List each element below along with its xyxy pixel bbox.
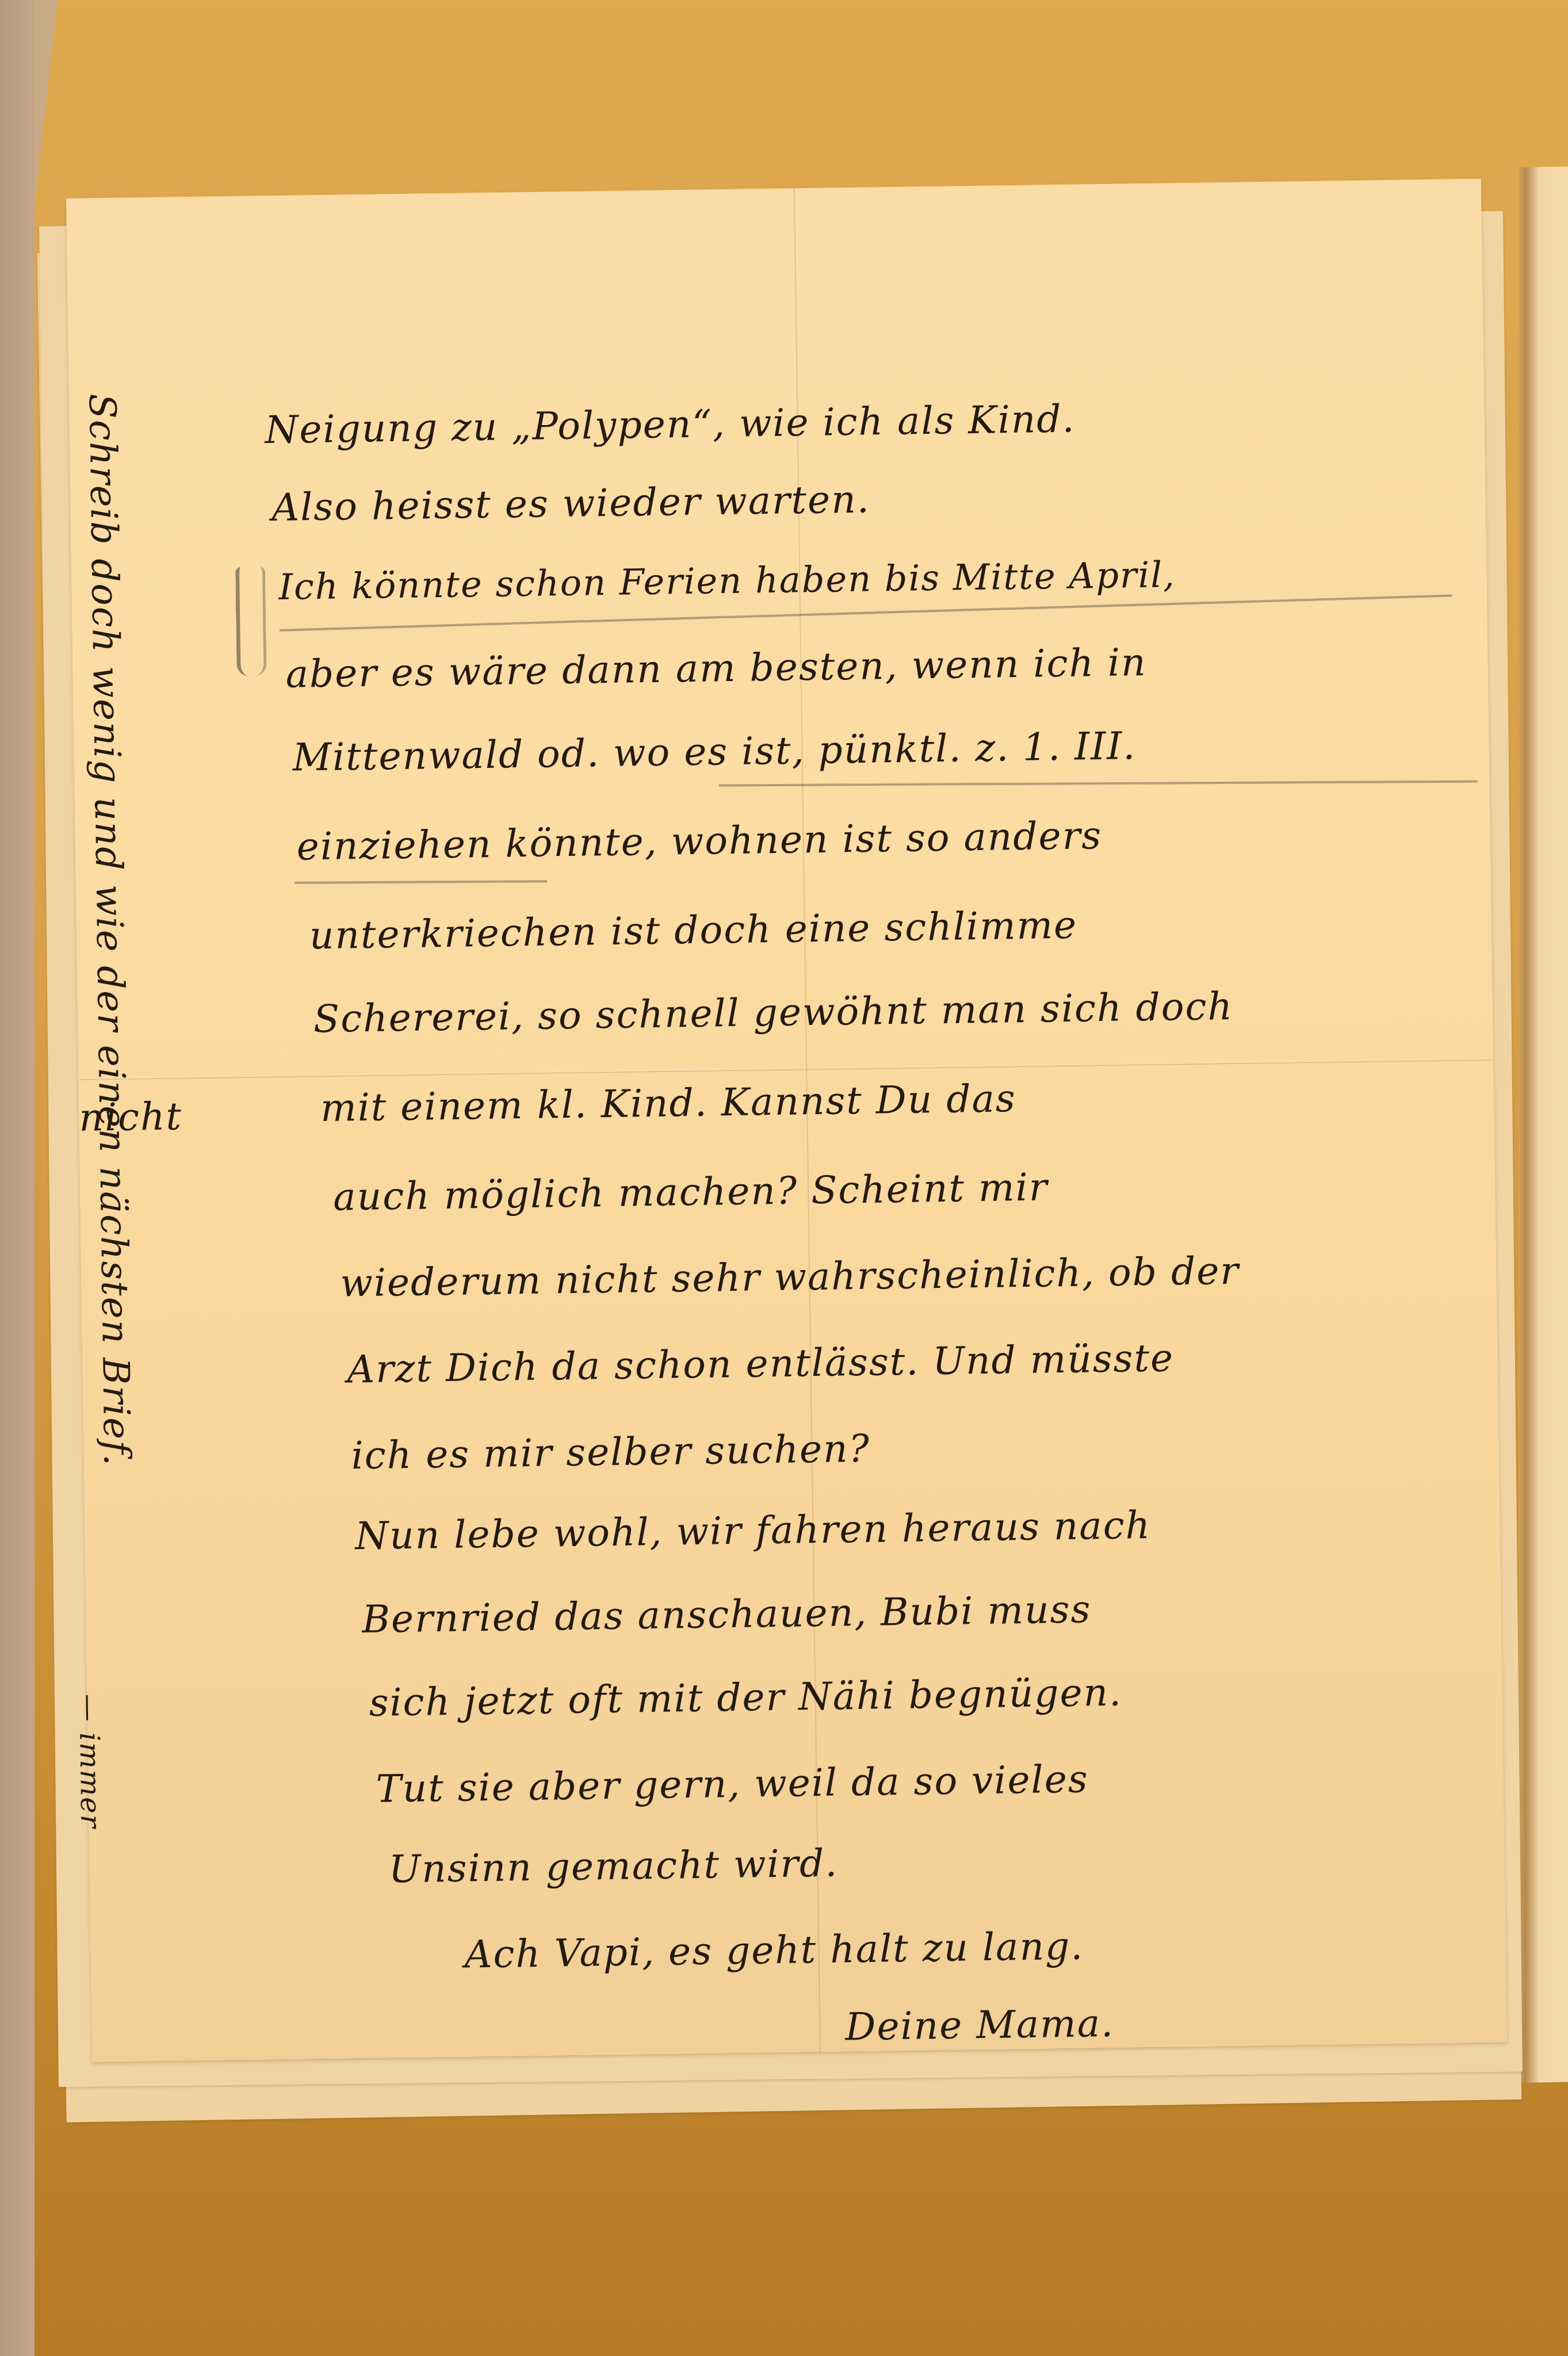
letter-line: sich jetzt oft mit der Nähi begnügen.	[369, 1674, 1122, 1722]
letter-line: aber es wäre dann am besten, wenn ich in	[285, 644, 1147, 694]
letter-line: Nun lebe wohl, wir fahren heraus nach	[355, 1506, 1151, 1555]
letter-line: Tut sie aber gern, weil da so vieles	[376, 1760, 1089, 1808]
letter-line: wiederum nicht sehr wahrscheinlich, ob d…	[340, 1252, 1240, 1303]
horizontal-fold-line	[78, 1059, 1493, 1080]
letter-line: auch möglich machen? Scheint mir	[333, 1168, 1049, 1216]
pencil-underline	[295, 880, 548, 883]
letter-line: ich es mir selber suchen?	[351, 1430, 870, 1475]
letter-line: Schererei, so schnell gewöhnt man sich d…	[313, 988, 1234, 1038]
letter-line: Mittenwald od. wo es ist, pünktl. z. 1. …	[292, 727, 1136, 777]
adjacent-sheet-edge	[1519, 166, 1568, 2083]
letter-line: Bernried das anschauen, Bubi muss	[362, 1590, 1092, 1639]
letter-line: Neigung zu „Polypen“, wie ich als Kind.	[265, 400, 1076, 450]
letter-line: unterkriechen ist doch eine schlimme	[309, 907, 1077, 955]
vertical-margin-note: Schreib doch wenig und wie der einen näc…	[81, 393, 138, 1467]
letter-line: Ich könnte schon Ferien haben bis Mitte …	[278, 557, 1176, 605]
letter-line: Also heisst es wieder warten.	[271, 481, 870, 527]
letter-line: Unsinn gemacht wird.	[388, 1845, 839, 1889]
letter-line: einziehen könnte, wohnen ist so anders	[296, 817, 1102, 866]
pencil-margin-mark-icon	[235, 567, 267, 676]
letter-sheet: Neigung zu „Polypen“, wie ich als Kind. …	[66, 179, 1507, 2062]
letter-line: Ach Vapi, es geht halt zu lang.	[464, 1927, 1084, 1974]
vertical-margin-note-short: — immer	[72, 1693, 106, 1829]
letter-line: Arzt Dich da schon entlässt. Und müsste	[347, 1339, 1174, 1389]
letter-line: mit einem kl. Kind. Kannst Du das	[320, 1080, 1016, 1127]
signature: Deine Mama.	[845, 2005, 1114, 2047]
pencil-underline	[718, 781, 1478, 787]
